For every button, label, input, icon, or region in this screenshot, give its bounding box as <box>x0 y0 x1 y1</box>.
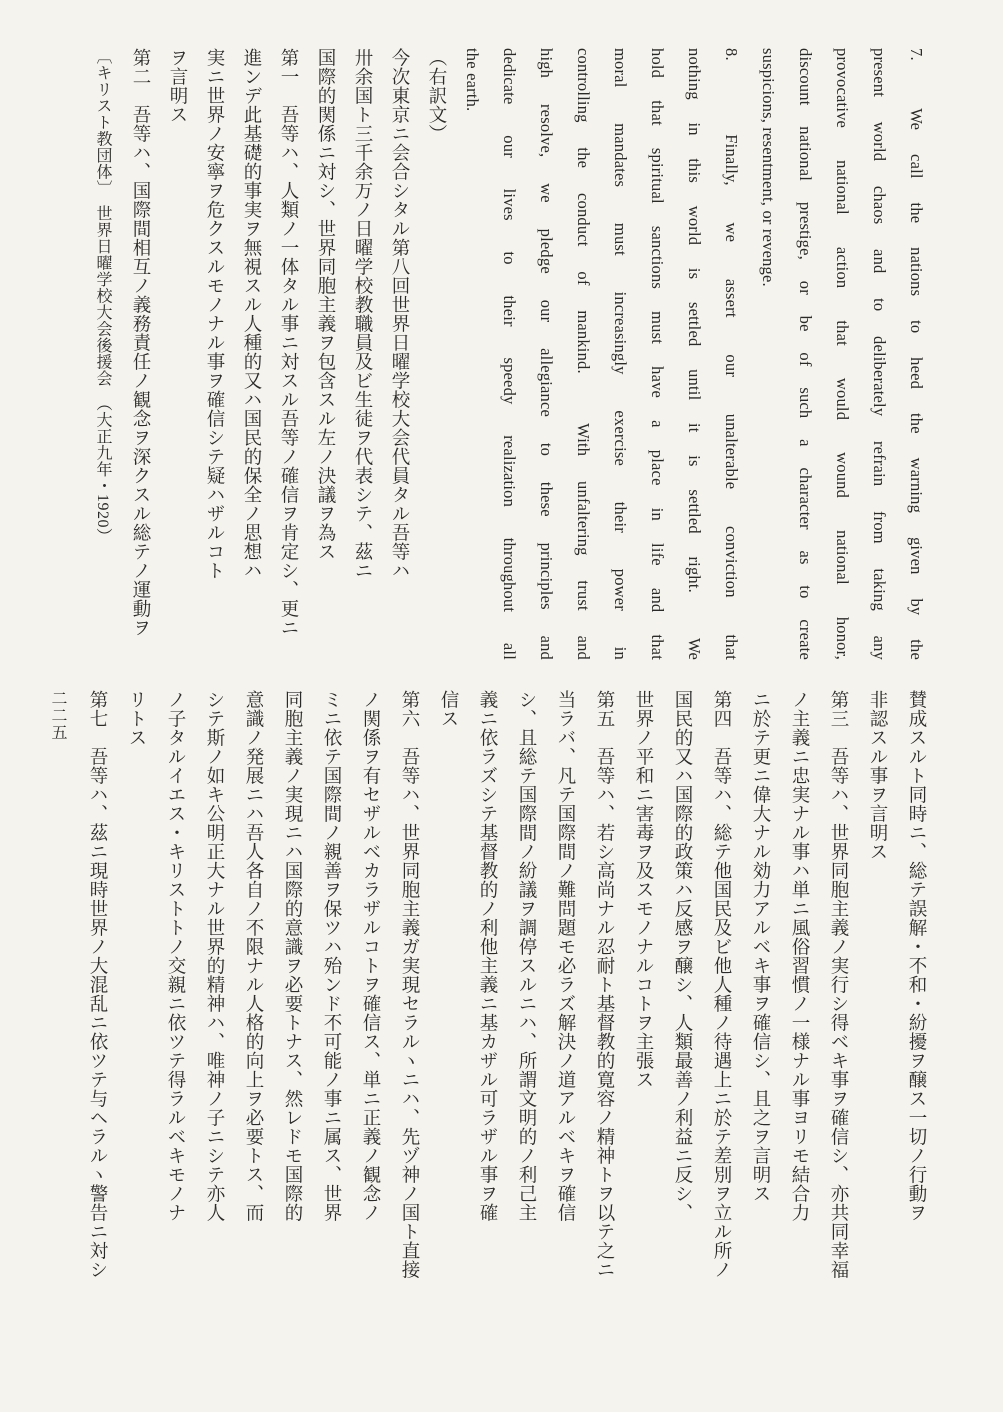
text-column: 第三 吾等ハ、世界同胞主義ノ実行シ得ベキ事ヲ確信シ、亦共同幸福 <box>818 690 857 1320</box>
page-number: 二二五 <box>38 690 77 1320</box>
text-column: 第七 吾等ハ、茲ニ現時世界ノ大混乱ニ依ツテ与ヘラルヽ警告ニ対シ <box>77 690 116 1320</box>
text-column: present world chaos and to deliberately … <box>861 48 898 660</box>
text-column: ノ子タルイエス・キリストトノ交親ニ依ツテ得ラルベキモノナ <box>155 690 194 1320</box>
text-column: hold that spiritual sanctions must have … <box>639 48 676 660</box>
text-column: 第一 吾等ハ、人類ノ一体タル事ニ対スル吾等ノ確信ヲ肯定シ、更ニ <box>269 48 306 660</box>
text-column: controlling the conduct of mankind. With… <box>565 48 602 660</box>
text-column: 義ニ依ラズシテ基督教的ノ利他主義ニ基カザル可ラザル事ヲ確 <box>467 690 506 1320</box>
document-page: 7. We call the nations to heed the warni… <box>0 0 1003 1412</box>
text-column: 進ンデ此基礎的事実ヲ無視スル人種的又ハ国民的保全ノ思想ハ <box>232 48 269 660</box>
text-column: シテ斯ノ如キ公明正大ナル世界的精神ハ、唯神ノ子ニシテ亦人 <box>194 690 233 1320</box>
upper-text-block: 7. We call the nations to heed the warni… <box>30 48 935 660</box>
text-column: 賛成スルト同時ニ、総テ誤解・不和・紛擾ヲ醸ス一切ノ行動ヲ <box>896 690 935 1320</box>
text-column: ミニ依テ国際間ノ親善ヲ保ツハ殆ンド不可能ノ事ニ属ス、世界 <box>311 690 350 1320</box>
text-column: 実ニ世界ノ安寧ヲ危クスルモノナル事ヲ確信シテ疑ハザルコト <box>195 48 232 660</box>
text-column: 第六 吾等ハ、世界同胞主義ガ実現セラルヽニハ、先ヅ神ノ国ト直接 <box>389 690 428 1320</box>
document-source-caption: 〔キリスト教団体〕 世界日曜学校大会後援会 （大正九年・1920） <box>84 48 121 660</box>
text-column: 第四 吾等ハ、総テ他国民及ビ他人種ノ待遇上ニ於テ差別ヲ立ル所ノ <box>701 690 740 1320</box>
text-column: 国民的又ハ国際的政策ハ反感ヲ醸シ、人類最善ノ利益ニ反シ、 <box>662 690 701 1320</box>
text-column: high resolve, we pledge our allegiance t… <box>528 48 565 660</box>
text-column: the earth. <box>454 48 491 660</box>
text-column: 今次東京ニ会合シタル第八回世界日曜学校大会代員タル吾等ハ <box>380 48 417 660</box>
text-column: ニ於テ更ニ偉大ナル効力アルベキ事ヲ確信シ、且之ヲ言明ス <box>740 690 779 1320</box>
translation-heading: （右訳文） <box>417 48 454 660</box>
text-column: discount national prestige, or be of suc… <box>787 48 824 660</box>
text-column: dedicate our lives to their speedy reali… <box>491 48 528 660</box>
text-column: moral mandates must increasingly exercis… <box>602 48 639 660</box>
text-column: 同胞主義ノ実現ニハ国際的意識ヲ必要トナス、然レドモ国際的 <box>272 690 311 1320</box>
text-column: 8. Finally, we assert our unalterable co… <box>713 48 750 660</box>
text-column: provocative national action that would w… <box>824 48 861 660</box>
text-column: 第五 吾等ハ、若シ高尚ナル忍耐ト基督教的寛容ノ精神トヲ以テ之ニ <box>584 690 623 1320</box>
text-column: 信ス <box>428 690 467 1320</box>
text-column: 7. We call the nations to heed the warni… <box>898 48 935 660</box>
text-column: 世界ノ平和ニ害毒ヲ及スモノナルコトヲ主張ス <box>623 690 662 1320</box>
text-column: ノ主義ニ忠実ナル事ハ単ニ風俗習慣ノ一様ナル事ヨリモ結合力 <box>779 690 818 1320</box>
text-column: 卅余国ト三千余万ノ日曜学校教職員及ビ生徒ヲ代表シテ、茲ニ <box>343 48 380 660</box>
text-column: 第二 吾等ハ、国際間相互ノ義務責任ノ観念ヲ深クスル総テノ運動ヲ <box>121 48 158 660</box>
text-column: 国際的関係ニ対シ、世界同胞主義ヲ包含スル左ノ決議ヲ為ス <box>306 48 343 660</box>
text-column: ノ関係ヲ有セザルベカラザルコトヲ確信ス、単ニ正義ノ観念ノ <box>350 690 389 1320</box>
text-column: 当ラバ、凡テ国際間ノ難問題モ必ラズ解決ノ道アルベキヲ確信 <box>545 690 584 1320</box>
text-column: suspicions, resentment, or revenge. <box>750 48 787 660</box>
lower-text-block: 賛成スルト同時ニ、総テ誤解・不和・紛擾ヲ醸ス一切ノ行動ヲ 非認スル事ヲ言明ス 第… <box>30 690 935 1320</box>
text-column: シ、且総テ国際間ノ紛議ヲ調停スルニハ、所謂文明的ノ利己主 <box>506 690 545 1320</box>
text-column: リトス <box>116 690 155 1320</box>
text-column: 非認スル事ヲ言明ス <box>857 690 896 1320</box>
text-column: nothing in this world is settled until i… <box>676 48 713 660</box>
text-column: 意識ノ発展ニハ吾人各自ノ不限ナル人格的向上ヲ必要トス、而 <box>233 690 272 1320</box>
text-column: ヲ言明ス <box>158 48 195 660</box>
